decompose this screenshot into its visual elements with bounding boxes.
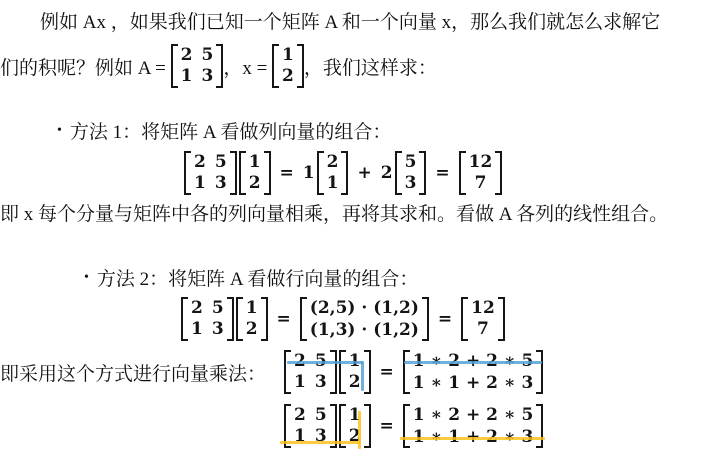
- method2-formula: 2 5 1 3 1 2 = (2,5) · (1,2) (1,: [181, 295, 505, 343]
- equals-sign: =: [380, 362, 394, 382]
- bracket-left: [461, 297, 468, 341]
- rowwise-line: 即采用这个方式进行向量乘法： 2 5 1 3 1 2: [0, 347, 543, 397]
- matrix-cell: 1: [181, 66, 193, 87]
- vector-cell: 12: [469, 152, 493, 173]
- rowwise-formula-yellow: 2 5 1 3 1 2 = 1 ∗ 2 + 2 ∗: [284, 403, 543, 449]
- bracket-right: [419, 151, 426, 195]
- bracket-left: [239, 151, 246, 195]
- bracket-right: [422, 297, 429, 341]
- intro-line-1: 例如 Ax ，如果我们已知一个矩阵 A 和一个向量 x，那么我们就怎么求解它: [40, 7, 660, 34]
- intro-line-2: 们的积呢？例如 A = 2 5 1 3 ，x = 1 2 ，我们这样求：: [0, 42, 437, 90]
- vector-x: 1 2: [239, 151, 271, 195]
- bracket-right: [297, 44, 304, 88]
- bracket-right: [227, 297, 234, 341]
- bullet-icon: •: [84, 270, 89, 286]
- vector-x: 1 2: [236, 297, 268, 341]
- yellow-row2-highlight-line: [280, 441, 360, 444]
- bracket-right: [364, 350, 371, 394]
- intro-line2-prefix: 们的积呢？例如 A =: [0, 53, 171, 80]
- blue-column-highlight-line: [361, 361, 364, 391]
- vector-x: 1 2: [272, 44, 304, 88]
- matrix-a: 2 5 1 3: [284, 350, 337, 394]
- coefficient: 1: [303, 163, 315, 183]
- method2-heading-text: 方法 2：将矩阵 A 看做行向量的组合：: [97, 264, 418, 291]
- column-vector-1: 2 1: [317, 151, 349, 195]
- document-page: 例如 Ax ，如果我们已知一个矩阵 A 和一个向量 x，那么我们就怎么求解它 们…: [0, 0, 720, 458]
- bracket-left: [403, 404, 410, 448]
- matrix-cell: 3: [315, 372, 327, 393]
- intro-line2-mid: ，x =: [223, 53, 272, 80]
- expansion-row: 1 ∗ 1 + 2 ∗ 3: [413, 372, 534, 394]
- vector-cell: 2: [249, 173, 261, 194]
- expansion-matrix: 1 ∗ 2 + 2 ∗ 5 1 ∗ 1 + 2 ∗ 3: [403, 404, 544, 448]
- bracket-left: [184, 151, 191, 195]
- vector-cell: 2: [246, 319, 258, 340]
- matrix-cell: 5: [215, 152, 227, 173]
- bracket-left: [284, 350, 291, 394]
- result-vector: 12 7: [461, 297, 505, 341]
- yellow-result-strikethrough: [400, 437, 546, 440]
- bracket-right: [498, 297, 505, 341]
- method1-note: 即 x 每个分量与矩阵中各的列向量相乘，再将其求和。看做 A 各列的线性组合。: [0, 199, 668, 226]
- matrix-a: 2 5 1 3: [171, 44, 224, 88]
- bracket-left: [300, 297, 307, 341]
- result-vector: 12 7: [459, 151, 503, 195]
- bracket-left: [317, 151, 324, 195]
- method1-formula: 2 5 1 3 1 2 = 1 2 1: [184, 151, 502, 195]
- method2-heading: • 方法 2：将矩阵 A 看做行向量的组合：: [84, 264, 418, 291]
- bracket-left: [395, 151, 402, 195]
- bracket-left: [171, 44, 178, 88]
- vector-cell: 2: [349, 372, 361, 393]
- matrix-vector-product: 2 5 1 3 1 2: [284, 404, 371, 448]
- equals-sign: =: [438, 309, 452, 329]
- dot-product-matrix: (2,5) · (1,2) (1,3) · (1,2): [300, 297, 429, 341]
- matrix-cell: 2: [191, 298, 203, 319]
- matrix-vector-product: 2 5 1 3 1 2: [284, 350, 371, 394]
- bracket-right: [536, 350, 543, 394]
- equals-sign: =: [280, 163, 294, 183]
- vector-cell: 1: [249, 152, 261, 173]
- matrix-cell: 3: [215, 173, 227, 194]
- bracket-right: [536, 404, 543, 448]
- bracket-left: [236, 297, 243, 341]
- matrix-vector-product: 2 5 1 3 1 2: [181, 297, 268, 341]
- bracket-left: [339, 350, 346, 394]
- intro-line2-suffix: ，我们这样求：: [304, 53, 437, 80]
- vector-cell: 2: [327, 152, 339, 173]
- expansion-matrix: 1 ∗ 2 + 2 ∗ 5 1 ∗ 1 + 2 ∗ 3: [403, 350, 544, 394]
- coefficient: 2: [381, 163, 393, 183]
- vector-cell: 5: [405, 152, 417, 173]
- matrix-cell: 5: [212, 298, 224, 319]
- matrix-cell: 2: [294, 405, 306, 426]
- dot-product-row: (1,3) · (1,2): [310, 319, 419, 341]
- vector-cell: 2: [282, 66, 294, 87]
- matrix-vector-product: 2 5 1 3 1 2: [184, 151, 271, 195]
- method1-heading: • 方法 1：将矩阵 A 看做列向量的组合：: [57, 117, 391, 144]
- matrix-cell: 5: [201, 45, 213, 66]
- matrix-cell: 1: [191, 319, 203, 340]
- bracket-right: [230, 151, 237, 195]
- vector-cell: 1: [246, 298, 258, 319]
- blue-result-strikethrough: [404, 361, 543, 364]
- bracket-right: [330, 350, 337, 394]
- vector-cell: 1: [282, 45, 294, 66]
- vector-cell: 7: [475, 173, 487, 194]
- equals-sign: =: [380, 416, 394, 436]
- bullet-icon: •: [57, 123, 62, 139]
- rowwise-lead: 即采用这个方式进行向量乘法：: [0, 359, 284, 386]
- bracket-right: [216, 44, 223, 88]
- matrix-a: 2 5 1 3: [184, 151, 237, 195]
- bracket-left: [272, 44, 279, 88]
- matrix-a: 2 5 1 3: [181, 297, 234, 341]
- vector-cell: 12: [471, 298, 495, 319]
- yellow-column-highlight-line: [358, 411, 361, 449]
- bracket-left: [403, 350, 410, 394]
- bracket-right: [341, 151, 348, 195]
- vector-x: 1 2: [339, 350, 371, 394]
- matrix-cell: 1: [294, 372, 306, 393]
- bracket-left: [459, 151, 466, 195]
- matrix-cell: 3: [212, 319, 224, 340]
- matrix-cell: 1: [194, 173, 206, 194]
- dot-product-row: (2,5) · (1,2): [310, 297, 419, 319]
- column-vector-2: 5 3: [395, 151, 427, 195]
- bracket-left: [181, 297, 188, 341]
- blue-row1-highlight-line: [287, 361, 363, 364]
- matrix-cell: 3: [201, 66, 213, 87]
- vector-cell: 3: [405, 173, 417, 194]
- plus-sign: +: [357, 163, 371, 183]
- matrix-cell: 5: [315, 405, 327, 426]
- expansion-row: 1 ∗ 2 + 2 ∗ 5: [413, 404, 534, 426]
- matrix-cell: 2: [181, 45, 193, 66]
- method1-heading-text: 方法 1：将矩阵 A 看做列向量的组合：: [70, 117, 391, 144]
- bracket-right: [264, 151, 271, 195]
- vector-cell: 1: [327, 173, 339, 194]
- equals-sign: =: [435, 163, 449, 183]
- bracket-right: [364, 404, 371, 448]
- bracket-right: [261, 297, 268, 341]
- equals-sign: =: [277, 309, 291, 329]
- matrix-cell: 2: [194, 152, 206, 173]
- vector-cell: 7: [477, 319, 489, 340]
- bracket-right: [495, 151, 502, 195]
